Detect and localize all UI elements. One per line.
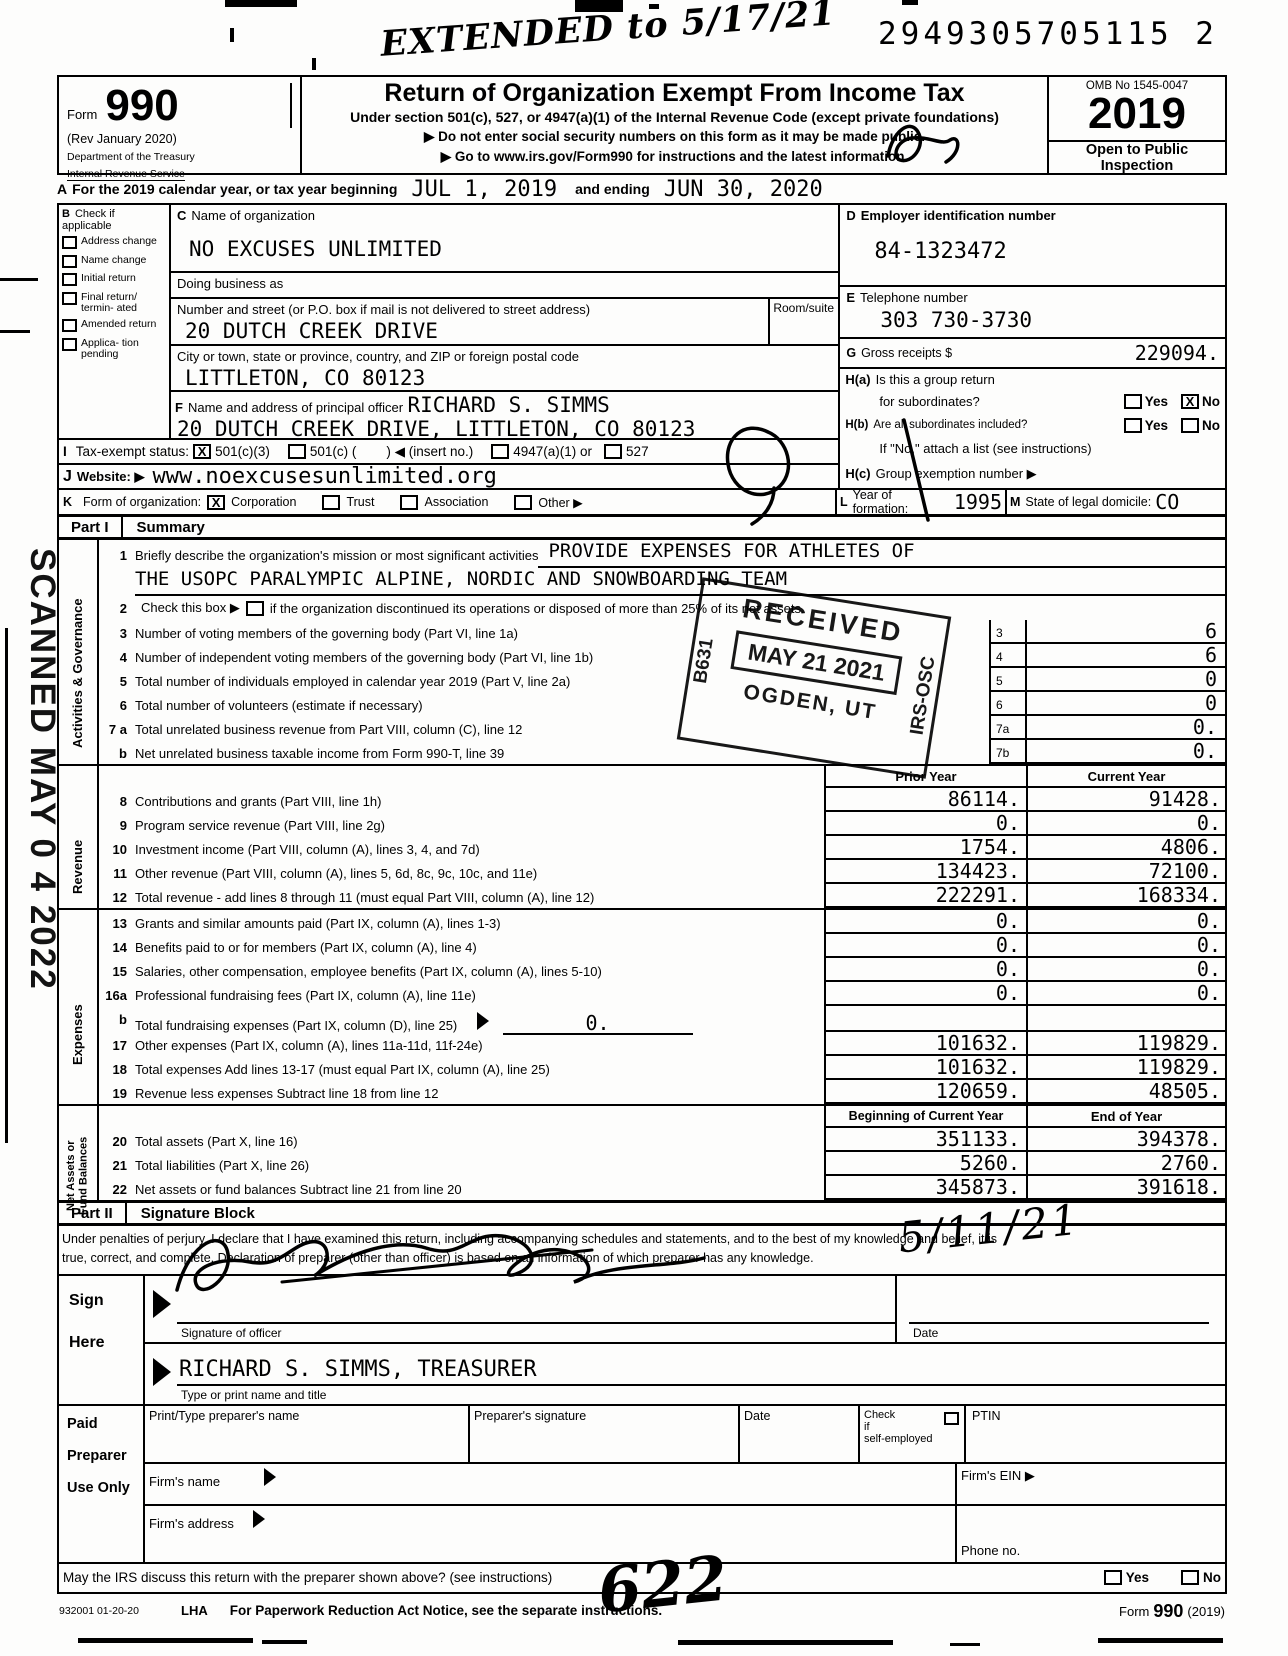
scan-artifact	[225, 0, 297, 7]
street-field: Number and street (or P.O. box if mail i…	[171, 299, 768, 344]
preparer-date-cell[interactable]: Date	[740, 1406, 860, 1462]
tax-year-begin: JUL 1, 2019	[411, 177, 557, 202]
line2-pre: Check this box ▶	[141, 600, 240, 616]
scan-artifact	[678, 1640, 893, 1645]
line5-row: 5Total number of individuals employed in…	[101, 668, 1225, 692]
may-irs-discuss-label: May the IRS discuss this return with the…	[63, 1570, 552, 1585]
paid-label: Paid	[67, 1416, 143, 1432]
prior-value: 5260.	[824, 1152, 1026, 1176]
line7a-row: 7 aTotal unrelated business revenue from…	[101, 716, 1225, 740]
line-value: 0	[1025, 692, 1225, 716]
part2-title: Signature Block	[141, 1203, 255, 1223]
scan-artifact	[230, 28, 234, 42]
line-i-tag: I	[63, 444, 67, 459]
current-value: 0.	[1026, 812, 1225, 836]
amended-return-item: Amended return	[62, 319, 167, 332]
line-no: 10	[101, 836, 135, 860]
ha-yes-label: Yes	[1145, 394, 1168, 409]
line-label: Benefits paid to or for members (Part IX…	[135, 934, 824, 958]
here-label: Here	[69, 1334, 143, 1352]
room-suite-field: Room/suite	[768, 299, 838, 344]
ptin-label: PTIN	[972, 1409, 1000, 1423]
mission-value-2: THE USOPC PARALYMPIC ALPINE, NORDIC AND …	[135, 568, 1225, 596]
hb-yes-checkbox[interactable]	[1124, 418, 1142, 433]
current-value: 72100.	[1026, 860, 1225, 884]
scan-artifact	[0, 330, 30, 333]
line-label: Program service revenue (Part VIII, line…	[135, 812, 824, 836]
website-label: Website: ▶	[77, 469, 145, 485]
scan-artifact	[0, 278, 38, 281]
tax-501c3-checkbox[interactable]: X	[193, 444, 211, 459]
identification-block: BCheck if applicable Address change Name…	[59, 205, 1225, 488]
tax-4947-label: 4947(a)(1) or	[513, 444, 592, 459]
tax-insert-no-label: ) ◀ (insert no.)	[386, 444, 473, 460]
line11-row: 11Other revenue (Part VIII, column (A), …	[101, 860, 1225, 884]
prior-value	[824, 1006, 1026, 1032]
tax-501c-label: 501(c) (	[310, 444, 357, 459]
current-value	[1026, 1006, 1225, 1032]
tax-4947-checkbox[interactable]	[491, 444, 509, 459]
hb-yes-label: Yes	[1145, 418, 1168, 433]
address-change-label: Address change	[81, 236, 157, 247]
line-label: Other revenue (Part VIII, column (A), li…	[135, 860, 824, 884]
tax-year-end: JUN 30, 2020	[664, 177, 823, 202]
final-return-label: Final return/ termin- ated	[81, 292, 167, 314]
discuss-no-checkbox[interactable]	[1181, 1570, 1199, 1585]
ha-row-1: H(a) Is this a group return	[840, 367, 1225, 389]
scan-artifact	[950, 1643, 980, 1646]
current-value: 0.	[1026, 958, 1225, 982]
line-no: b	[101, 1006, 135, 1032]
block-d-tag: D	[846, 208, 855, 223]
line-no: 6	[101, 692, 135, 716]
form-identity: Form 990 (Rev January 2020) Department o…	[59, 77, 302, 173]
line-no: 14	[101, 934, 135, 958]
if-label: if	[864, 1421, 870, 1433]
handwritten-scribble	[880, 110, 970, 174]
line18-row: 18Total expenses Add lines 13-17 (must e…	[101, 1056, 1225, 1080]
firm-name-cell[interactable]: Firm's name	[145, 1464, 957, 1504]
line19-row: 19Revenue less expenses Subtract line 18…	[101, 1080, 1225, 1104]
line10-row: 10Investment income (Part VIII, column (…	[101, 836, 1225, 860]
final-return-checkbox[interactable]	[62, 292, 77, 305]
prior-value: 0.	[824, 910, 1026, 934]
use-only-label: Use Only	[67, 1480, 143, 1496]
association-label: Association	[424, 495, 488, 509]
prior-value: 351133.	[824, 1128, 1026, 1152]
check-if-applicable: BCheck if applicable Address change Name…	[59, 205, 171, 438]
preparer-label: Preparer	[67, 1448, 143, 1464]
line14-row: 14Benefits paid to or for members (Part …	[101, 934, 1225, 958]
current-year-header: Current Year	[1026, 766, 1225, 788]
final-return-item: Final return/ termin- ated	[62, 292, 167, 314]
current-value: 119829.	[1026, 1056, 1225, 1080]
gross-receipts-label: Gross receipts $	[861, 346, 952, 360]
line-no: 8	[101, 788, 135, 812]
line-cell-no: 7a	[989, 716, 1025, 740]
side-divider	[97, 540, 99, 1200]
prior-value: 86114.	[824, 788, 1026, 812]
current-value: 0.	[1026, 982, 1225, 1006]
line-no: 17	[101, 1032, 135, 1056]
line1-label: Briefly describe the organization's miss…	[135, 540, 538, 568]
name-change-label: Name change	[81, 255, 146, 266]
line-cell-no: 4	[989, 644, 1025, 668]
line-cell-no: 6	[989, 692, 1025, 716]
name-change-item: Name change	[62, 255, 167, 268]
phone-value: 303 730-3730	[880, 308, 1219, 332]
block-c-tag: C	[177, 208, 186, 223]
paid-preparer-block: Paid Preparer Use Only Print/Type prepar…	[59, 1406, 1225, 1564]
prior-value: 0.	[824, 934, 1026, 958]
city-field: City or town, state or province, country…	[171, 344, 838, 390]
line-label: Total liabilities (Part X, line 26)	[135, 1152, 824, 1176]
org-name-label: Name of organization	[191, 208, 315, 223]
line-a-label: For the 2019 calendar year, or tax year …	[72, 181, 397, 197]
prior-value: 1754.	[824, 836, 1026, 860]
form-title: Return of Organization Exempt From Incom…	[308, 80, 1041, 106]
ha-no-label: No	[1202, 394, 1220, 409]
part1-bar: Part I Summary	[59, 514, 1225, 540]
current-value: 48505.	[1026, 1080, 1225, 1104]
check-label: Check	[864, 1409, 895, 1421]
footer-code: 932001 01-20-20	[59, 1605, 139, 1617]
address-change-checkbox[interactable]	[62, 236, 77, 249]
ha-tag: H(a)	[845, 372, 870, 387]
line3-row: 3Number of voting members of the governi…	[101, 620, 1225, 644]
dept-treasury: Department of the Treasury	[67, 151, 292, 163]
gross-receipts-value: 229094.	[1135, 341, 1219, 365]
form-word: Form	[67, 107, 97, 128]
other-label: Other ▶	[538, 495, 582, 510]
side-label-activities: Activities & Governance	[59, 568, 96, 778]
initial-return-item: Initial return	[62, 273, 167, 286]
current-value: 394378.	[1026, 1128, 1225, 1152]
ein-field: DEmployer identification number 84-13234…	[840, 205, 1225, 285]
line-m-tag: M	[1010, 495, 1020, 509]
preparer-signature-label: Preparer's signature	[474, 1409, 586, 1423]
firm-ein-label: Firm's EIN ▶	[961, 1468, 1035, 1483]
ha-row-2: for subordinates? Yes XNo	[840, 389, 1225, 413]
discuss-yes-checkbox[interactable]	[1104, 1570, 1122, 1585]
line-value: 0	[1025, 668, 1225, 692]
line-label: Total expenses Add lines 13-17 (must equ…	[135, 1056, 824, 1080]
line-label: Total fundraising expenses (Part IX, col…	[135, 1006, 824, 1032]
line-value: 6	[1025, 620, 1225, 644]
typed-officer-name: RICHARD S. SIMMS, TREASURER	[177, 1353, 1225, 1386]
part1-title: Summary	[137, 517, 205, 537]
prior-value: 134423.	[824, 860, 1026, 884]
type-print-label: Type or print name and title	[177, 1386, 1225, 1402]
tax-527-label: 527	[626, 444, 649, 459]
line-label: Revenue less expenses Subtract line 18 f…	[135, 1080, 824, 1104]
line-label: Grants and similar amounts paid (Part IX…	[135, 910, 824, 934]
paperwork-notice: For Paperwork Reduction Act Notice, see …	[230, 1603, 662, 1618]
line-a-andending: and ending	[575, 181, 650, 197]
org-name-field: CName of organization NO EXCUSES UNLIMIT…	[171, 205, 838, 271]
line-no: 22	[101, 1176, 135, 1200]
handwritten-527-mark	[712, 418, 944, 526]
initial-return-label: Initial return	[81, 273, 136, 284]
prior-value: 101632.	[824, 1032, 1026, 1056]
trust-label: Trust	[346, 495, 374, 509]
line-value: 0.	[1025, 740, 1225, 764]
discuss-no-label: No	[1203, 1570, 1221, 1585]
line-no: 7 a	[101, 716, 135, 740]
line-cell-no: 3	[989, 620, 1025, 644]
line8-row: 8Contributions and grants (Part VIII, li…	[101, 788, 1225, 812]
prior-value: 345873.	[824, 1176, 1026, 1200]
corporation-label: Corporation	[231, 495, 296, 509]
line17-row: 17Other expenses (Part IX, column (A), l…	[101, 1032, 1225, 1056]
line13-row: 13Grants and similar amounts paid (Part …	[101, 910, 1225, 934]
amended-return-label: Amended return	[81, 319, 156, 330]
arrow-icon	[264, 1468, 276, 1486]
line-label: Other expenses (Part IX, column (A), lin…	[135, 1032, 824, 1056]
ha-label-2: for subordinates?	[879, 394, 979, 409]
preparer-name-cell[interactable]: Print/Type preparer's name	[145, 1406, 470, 1462]
current-value: 168334.	[1026, 884, 1225, 908]
current-value: 2760.	[1026, 1152, 1225, 1176]
current-value: 119829.	[1026, 1032, 1225, 1056]
block-f-tag: F	[175, 400, 183, 415]
domicile-label: State of legal domicile:	[1025, 495, 1151, 509]
line-j-tag: J	[63, 468, 72, 486]
signature-of-officer-label: Signature of officer	[177, 1324, 895, 1340]
prior-value: 222291.	[824, 884, 1026, 908]
line-no: 18	[101, 1056, 135, 1080]
line9-row: 9Program service revenue (Part VIII, lin…	[101, 812, 1225, 836]
line-label: Professional fundraising fees (Part IX, …	[135, 982, 824, 1006]
firm-address-label: Firm's address	[149, 1516, 234, 1531]
line-value: 6	[1025, 644, 1225, 668]
line-label: Total assets (Part X, line 16)	[135, 1128, 824, 1152]
tax-501c3-label: 501(c)(3)	[215, 444, 270, 459]
omb-year-block: OMB No 1545-0047 2019 Open to Public Ins…	[1047, 77, 1225, 173]
prior-value: 0.	[824, 958, 1026, 982]
scan-artifact	[312, 58, 316, 70]
line6-row: 6Total number of volunteers (estimate if…	[101, 692, 1225, 716]
tax-501c-checkbox[interactable]	[288, 444, 306, 459]
org-form-row: K Form of organization: X Corporation Tr…	[59, 488, 1225, 514]
dba-field: Doing business as	[171, 271, 838, 297]
firm-name-label: Firm's name	[149, 1474, 220, 1489]
year-column-headers: Prior Year Current Year	[101, 766, 1225, 788]
sign-label: Sign	[69, 1292, 143, 1310]
prior-value: 0.	[824, 982, 1026, 1006]
current-value: 0.	[1026, 910, 1225, 934]
name-change-checkbox[interactable]	[62, 255, 77, 268]
firm-address-cell[interactable]: Firm's address	[145, 1506, 957, 1562]
current-value: 0.	[1026, 934, 1225, 958]
date-label: Date	[909, 1324, 1225, 1340]
application-pending-checkbox[interactable]	[62, 338, 77, 351]
block-b-tag: B	[62, 208, 70, 220]
hb-no-label: No	[1202, 418, 1220, 433]
address-change-item: Address change	[62, 236, 167, 249]
amended-return-checkbox[interactable]	[62, 319, 77, 332]
trust-checkbox[interactable]	[322, 495, 340, 510]
officer-name: RICHARD S. SIMMS	[408, 393, 610, 417]
scan-artifact	[78, 1638, 253, 1643]
summary-section: Activities & Governance Revenue Expenses…	[59, 540, 1225, 1200]
city-value: LITTLETON, CO 80123	[185, 366, 832, 390]
prior-value: 0.	[824, 812, 1026, 836]
domicile-value: CO	[1155, 490, 1179, 514]
open-to-public: Open to Public	[1049, 142, 1225, 158]
line-no: 19	[101, 1080, 135, 1104]
website-url: www.noexcusesunlimited.org	[152, 464, 496, 489]
self-employed-checkbox[interactable]	[944, 1412, 959, 1425]
arrow-icon	[253, 1510, 265, 1528]
balance-column-headers: Beginning of Current Year End of Year	[101, 1106, 1225, 1128]
preparer-date-label: Date	[744, 1409, 770, 1423]
line-no: 9	[101, 812, 135, 836]
tax-527-checkbox[interactable]	[604, 444, 622, 459]
self-employed-cell: Check if self-employed	[860, 1406, 966, 1462]
end-year-header: End of Year	[1026, 1106, 1225, 1128]
arrow-icon	[477, 1012, 489, 1030]
part1-label: Part I	[59, 517, 123, 537]
side-label-revenue: Revenue	[59, 802, 96, 932]
line-cell-no: 7b	[989, 740, 1025, 764]
line2-row: 2 Check this box ▶ if the organization d…	[101, 596, 1225, 620]
line-k-tag: K	[63, 495, 72, 509]
officer-signature	[162, 1222, 732, 1314]
association-checkbox[interactable]	[400, 495, 418, 510]
other-checkbox[interactable]	[514, 495, 532, 510]
officer-label: Name and address of principal officer	[188, 400, 403, 415]
block-g-tag: G	[846, 346, 856, 360]
street-value: 20 DUTCH CREEK DRIVE	[185, 319, 762, 343]
scan-artifact	[5, 628, 8, 1143]
line-no: 15	[101, 958, 135, 982]
phone-field: ETelephone number 303 730-3730	[840, 285, 1225, 337]
line1-no: 1	[101, 540, 135, 568]
tax-year: 2019	[1049, 92, 1225, 136]
line-no: 12	[101, 884, 135, 908]
line16a-row: 16aProfessional fundraising fees (Part I…	[101, 982, 1225, 1006]
line15-row: 15Salaries, other compensation, employee…	[101, 958, 1225, 982]
line-cell-no: 5	[989, 668, 1025, 692]
self-employed-label: self-employed	[864, 1433, 932, 1445]
form-number: 990	[101, 83, 292, 128]
current-value: 4806.	[1026, 836, 1225, 860]
application-pending-label: Applica- tion pending	[81, 338, 167, 360]
ha-no-checkbox[interactable]: X	[1181, 394, 1199, 409]
side-label-net-assets: Net Assets or Fund Balances	[59, 1128, 96, 1224]
scan-artifact	[1098, 1638, 1223, 1643]
mission-row-1: 1 Briefly describe the organization's mi…	[101, 540, 1225, 568]
tax-exempt-label: Tax-exempt status:	[76, 444, 189, 459]
form-990-page: Form 990 (Rev January 2020) Department o…	[0, 0, 1288, 1656]
footer-form-year: (2019)	[1187, 1604, 1225, 1619]
line21-row: 21Total liabilities (Part X, line 26)526…	[101, 1152, 1225, 1176]
hb-no-checkbox[interactable]	[1181, 418, 1199, 433]
side-label-expenses: Expenses	[59, 940, 96, 1130]
line-label: Contributions and grants (Part VIII, lin…	[135, 788, 824, 812]
line-no: 16a	[101, 982, 135, 1006]
ha-yes-checkbox[interactable]	[1124, 394, 1142, 409]
discuss-yes-label: Yes	[1126, 1570, 1149, 1585]
corporation-checkbox[interactable]: X	[207, 495, 225, 510]
prior-value: 120659.	[824, 1080, 1026, 1104]
line16b-row: b Total fundraising expenses (Part IX, c…	[101, 1006, 1225, 1032]
line-label: Salaries, other compensation, employee b…	[135, 958, 824, 982]
scan-artifact	[649, 4, 659, 9]
scanned-stamp: SCANNED MAY 0 4 2022	[22, 548, 62, 1168]
scan-artifact	[262, 1640, 307, 1644]
lha-label: LHA	[181, 1603, 208, 1618]
mission-value-1: PROVIDE EXPENSES FOR ATHLETES OF	[538, 540, 1225, 568]
line-no: 11	[101, 860, 135, 884]
line-label: Investment income (Part VIII, column (A)…	[135, 836, 824, 860]
line-no: 20	[101, 1128, 135, 1152]
inspection: Inspection	[1049, 158, 1225, 174]
phone-cell[interactable]: Phone no.	[957, 1506, 1225, 1562]
line4-row: 4Number of independent voting members of…	[101, 644, 1225, 668]
org-form-label: Form of organization:	[83, 495, 201, 509]
current-value: 91428.	[1026, 788, 1225, 812]
preparer-name-label: Print/Type preparer's name	[149, 1409, 299, 1423]
arrow-icon	[153, 1358, 171, 1386]
typed-name-row: RICHARD S. SIMMS, TREASURER Type or prin…	[145, 1342, 1225, 1404]
preparer-signature-cell[interactable]: Preparer's signature	[470, 1406, 740, 1462]
phone-label: Telephone number	[860, 290, 968, 305]
city-label: City or town, state or province, country…	[177, 349, 579, 364]
line20-row: 20Total assets (Part X, line 16)351133.3…	[101, 1128, 1225, 1152]
ptin-cell[interactable]: PTIN	[966, 1406, 1225, 1462]
block-e-tag: E	[846, 290, 855, 305]
dln-number: 2949305705115 2	[878, 16, 1218, 52]
firm-ein-cell[interactable]: Firm's EIN ▶	[957, 1464, 1225, 1504]
gross-receipts-field: G Gross receipts $ 229094.	[840, 337, 1225, 367]
year-formation-value: 1995	[954, 490, 1002, 514]
line-no: 3	[101, 620, 135, 644]
line-no: 21	[101, 1152, 135, 1176]
line2-no: 2	[101, 601, 135, 616]
ha-label-1: Is this a group return	[876, 372, 995, 387]
line-no: b	[101, 740, 135, 764]
footer-form-number: 990	[1153, 1603, 1183, 1619]
mission-row-2: THE USOPC PARALYMPIC ALPINE, NORDIC AND …	[101, 568, 1225, 596]
line16b-label: Total fundraising expenses (Part IX, col…	[135, 1018, 457, 1033]
footer-form-word: Form	[1119, 1604, 1149, 1619]
form-revision: (Rev January 2020)	[67, 132, 292, 146]
beginning-year-header: Beginning of Current Year	[824, 1106, 1026, 1128]
org-name-value: NO EXCUSES UNLIMITED	[189, 237, 832, 261]
line-no: 4	[101, 644, 135, 668]
signature-date-cell[interactable]: Date	[895, 1276, 1225, 1342]
scan-artifact	[575, 0, 623, 12]
initial-return-checkbox[interactable]	[62, 273, 77, 286]
line-label: Total revenue - add lines 8 through 11 (…	[135, 884, 824, 908]
line-no: 5	[101, 668, 135, 692]
ein-value: 84-1323472	[874, 239, 1219, 264]
form-header: Form 990 (Rev January 2020) Department o…	[57, 75, 1227, 175]
discontinued-checkbox[interactable]	[246, 601, 264, 616]
line-label: Net assets or fund balances Subtract lin…	[135, 1176, 824, 1200]
prior-value: 101632.	[824, 1056, 1026, 1080]
line12-row: 12Total revenue - add lines 8 through 11…	[101, 884, 1225, 908]
line-value: 0.	[1025, 716, 1225, 740]
handwritten-bottom-code: 622	[595, 1541, 731, 1627]
phone-no-label: Phone no.	[961, 1543, 1020, 1558]
ein-label: Employer identification number	[861, 208, 1056, 223]
line-no: 13	[101, 910, 135, 934]
scan-artifact	[902, 0, 918, 5]
line-a-tag: A	[57, 181, 67, 197]
